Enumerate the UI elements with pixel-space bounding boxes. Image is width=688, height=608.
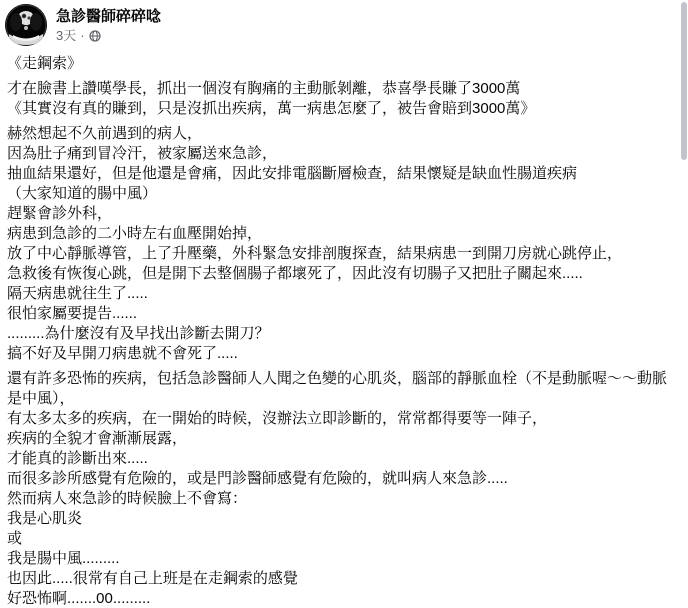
- post-header: 急診醫師碎碎唸 3天 ·: [0, 0, 688, 46]
- post-paragraph: 赫然想起不久前遇到的病人， 因為肚子痛到冒冷汗，被家屬送來急診， 抽血結果還好，…: [7, 124, 678, 364]
- meta-separator: ·: [80, 27, 84, 44]
- post-paragraph-title: 《走鋼索》: [7, 54, 678, 74]
- post-meta: 3天 ·: [56, 27, 161, 44]
- facebook-post: 急診醫師碎碎唸 3天 · 《走鋼索》 才在臉書上讚嘆學長，抓出一個沒有胸痛的主動…: [0, 0, 688, 608]
- globe-icon: [89, 30, 101, 42]
- header-text: 急診醫師碎碎唸 3天 ·: [56, 4, 161, 44]
- page-name-link[interactable]: 急診醫師碎碎唸: [56, 7, 161, 26]
- post-body: 《走鋼索》 才在臉書上讚嘆學長，抓出一個沒有胸痛的主動脈剝離，恭喜學長賺了300…: [0, 46, 688, 608]
- ct-scan-avatar-image: [5, 4, 47, 46]
- post-timestamp[interactable]: 3天: [56, 27, 76, 44]
- scrollbar-thumb[interactable]: [681, 2, 687, 160]
- page-avatar[interactable]: [5, 4, 47, 46]
- post-paragraph: 才在臉書上讚嘆學長，抓出一個沒有胸痛的主動脈剝離，恭喜學長賺了3000萬 《其實…: [7, 79, 678, 119]
- post-paragraph: 還有許多恐怖的疾病，包括急診醫師人人聞之色變的心肌炎，腦部的靜脈血栓（不是動脈喔…: [7, 369, 678, 608]
